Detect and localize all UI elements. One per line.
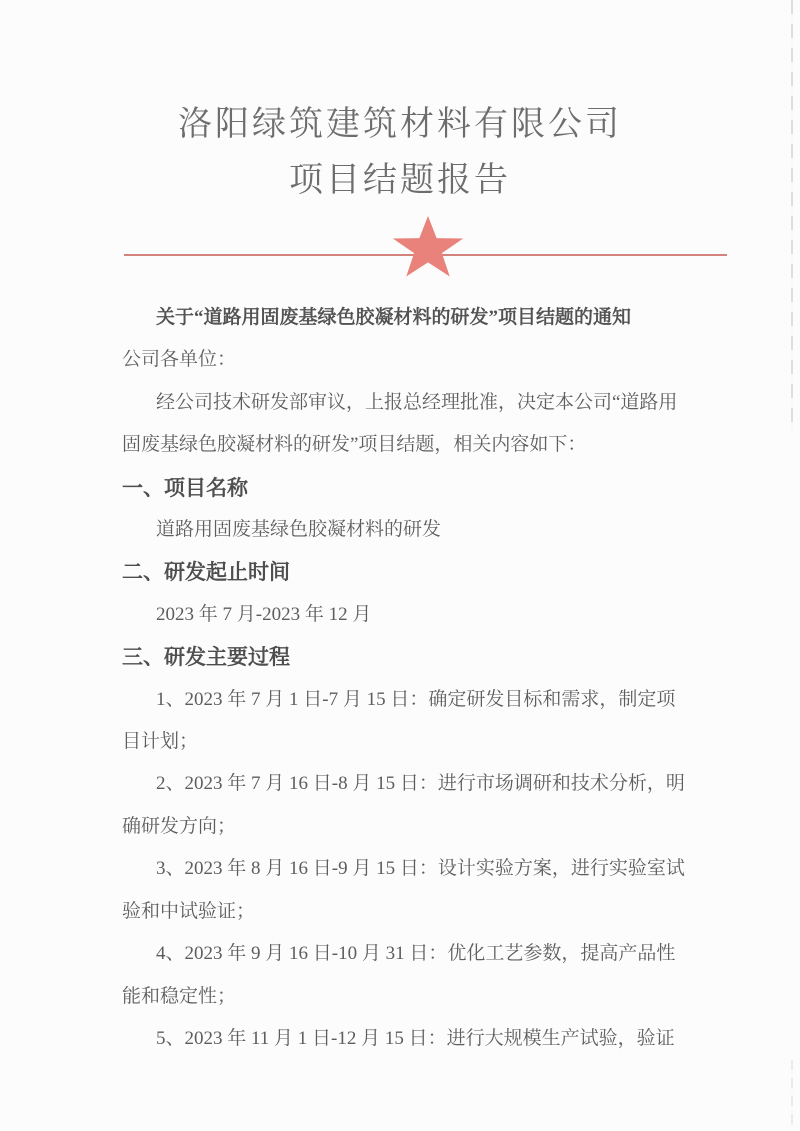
company-title: 洛阳绿筑建筑材料有限公司	[0, 97, 800, 153]
text-line: 能和稳定性；	[122, 976, 728, 1018]
text-line: 道路用固废基绿色胶凝材料的研发	[122, 509, 728, 551]
document-body: 关于“道路用固废基绿色胶凝材料的研发”项目结题的通知公司各单位：经公司技术研发部…	[122, 297, 728, 1060]
text-line: 经公司技术研发部审议，上报总经理批准，决定本公司“道路用	[122, 382, 728, 424]
text-line: 2023 年 7 月-2023 年 12 月	[122, 594, 728, 636]
scan-artifact-top	[791, 0, 793, 432]
document-page: 洛阳绿筑建筑材料有限公司 项目结题报告 关于“道路用固废基绿色胶凝材料的研发”项…	[0, 0, 800, 1131]
text-line: 关于“道路用固废基绿色胶凝材料的研发”项目结题的通知	[122, 297, 728, 339]
text-line: 5、2023 年 11 月 1 日-12 月 15 日：进行大规模生产试验，验证	[122, 1018, 728, 1060]
text-line: 一、项目名称	[122, 467, 728, 509]
document-header: 洛阳绿筑建筑材料有限公司 项目结题报告	[0, 97, 800, 209]
text-line: 公司各单位：	[122, 339, 728, 381]
red-star-shape	[393, 216, 463, 277]
text-line: 2、2023 年 7 月 16 日-8 月 15 日：进行市场调研和技术分析，明	[122, 763, 728, 805]
text-line: 验和中试验证；	[122, 891, 728, 933]
text-line: 二、研发起止时间	[122, 551, 728, 593]
text-line: 固废基绿色胶凝材料的研发”项目结题，相关内容如下：	[122, 424, 728, 466]
text-line: 三、研发主要过程	[122, 636, 728, 678]
report-title: 项目结题报告	[0, 153, 800, 209]
text-line: 确研发方向；	[122, 806, 728, 848]
scan-artifact-bottom	[791, 1060, 793, 1131]
text-line: 1、2023 年 7 月 1 日-7 月 15 日：确定研发目标和需求，制定项	[122, 679, 728, 721]
text-line: 目计划；	[122, 721, 728, 763]
text-line: 3、2023 年 8 月 16 日-9 月 15 日：设计实验方案，进行实验室试	[122, 848, 728, 890]
red-star-icon	[391, 215, 465, 283]
text-line: 4、2023 年 9 月 16 日-10 月 31 日：优化工艺参数，提高产品性	[122, 933, 728, 975]
